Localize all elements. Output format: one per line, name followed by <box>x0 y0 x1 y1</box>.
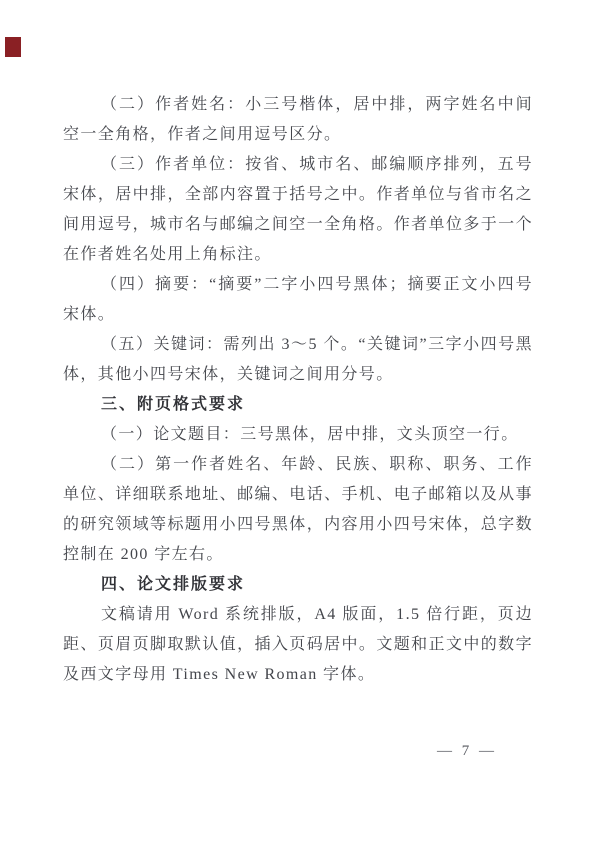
red-corner-mark <box>5 37 21 57</box>
document-body: （二）作者姓名：小三号楷体，居中排，两字姓名中间空一全角格，作者之间用逗号区分。… <box>63 90 533 690</box>
paragraph-keywords: （五）关键词：需列出 3～5 个。“关键词”三字小四号黑体，其他小四号宋体，关键… <box>63 330 533 390</box>
section-heading-attachment-format: 三、附页格式要求 <box>63 390 533 420</box>
paragraph-abstract: （四）摘要：“摘要”二字小四号黑体；摘要正文小四号宋体。 <box>63 270 533 330</box>
paragraph-typesetting-rules: 文稿请用 Word 系统排版，A4 版面，1.5 倍行距，页边距、页眉页脚取默认… <box>63 600 533 690</box>
section-heading-typesetting: 四、论文排版要求 <box>63 570 533 600</box>
page-number: — 7 — <box>437 743 497 760</box>
paragraph-paper-title: （一）论文题目：三号黑体，居中排，文头顶空一行。 <box>63 420 533 450</box>
paragraph-first-author-info: （二）第一作者姓名、年龄、民族、职称、职务、工作单位、详细联系地址、邮编、电话、… <box>63 450 533 570</box>
document-page: （二）作者姓名：小三号楷体，居中排，两字姓名中间空一全角格，作者之间用逗号区分。… <box>0 0 596 842</box>
paragraph-author-name: （二）作者姓名：小三号楷体，居中排，两字姓名中间空一全角格，作者之间用逗号区分。 <box>63 90 533 150</box>
paragraph-author-affiliation: （三）作者单位：按省、城市名、邮编顺序排列，五号宋体，居中排，全部内容置于括号之… <box>63 150 533 270</box>
